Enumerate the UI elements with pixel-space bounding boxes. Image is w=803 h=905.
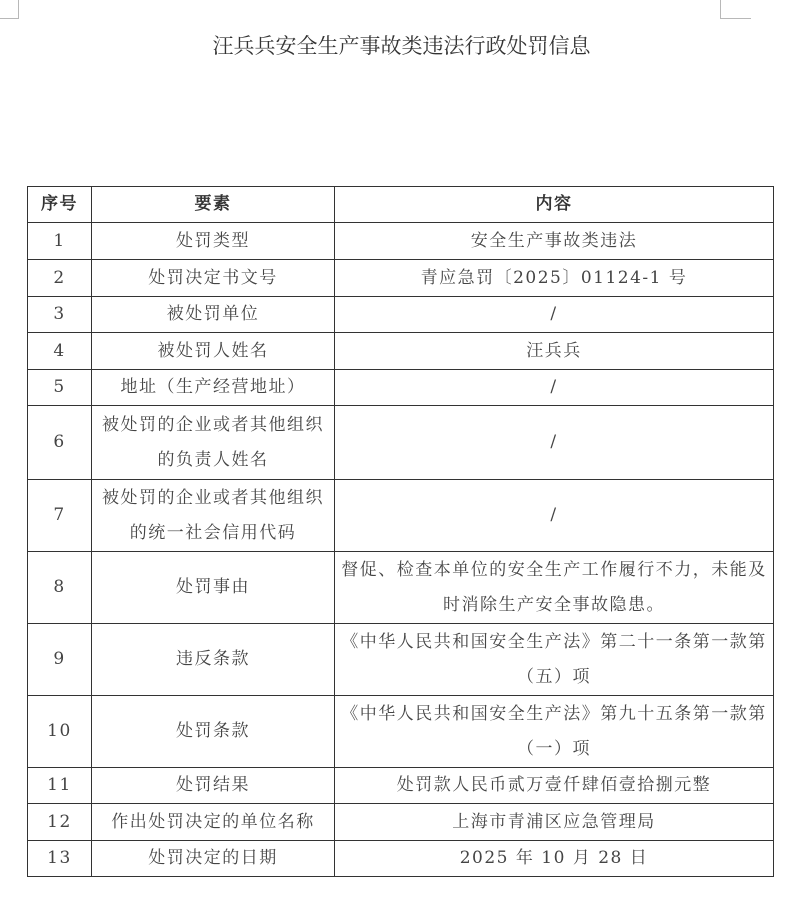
table-row: 8 处罚事由 督促、检查本单位的安全生产工作履行不力，未能及时消除生产安全事故隐…	[28, 552, 774, 624]
row-element: 被处罚的企业或者其他组织的负责人姓名	[92, 406, 335, 480]
row-content: 督促、检查本单位的安全生产工作履行不力，未能及时消除生产安全事故隐患。	[335, 552, 774, 624]
row-content: 《中华人民共和国安全生产法》第九十五条第一款第（一）项	[335, 696, 774, 768]
row-element: 违反条款	[92, 624, 335, 696]
header-content: 内容	[335, 187, 774, 223]
row-no: 3	[28, 297, 92, 333]
page-corner-mark-right	[720, 0, 751, 19]
header-element: 要素	[92, 187, 335, 223]
row-no: 5	[28, 370, 92, 406]
table-row: 6 被处罚的企业或者其他组织的负责人姓名 /	[28, 406, 774, 480]
row-element: 处罚事由	[92, 552, 335, 624]
row-content: /	[335, 297, 774, 333]
row-no: 4	[28, 333, 92, 370]
row-element: 处罚类型	[92, 223, 335, 260]
row-element: 处罚决定书文号	[92, 260, 335, 297]
row-element: 被处罚单位	[92, 297, 335, 333]
row-no: 6	[28, 406, 92, 480]
table-row: 7 被处罚的企业或者其他组织的统一社会信用代码 /	[28, 480, 774, 552]
row-no: 1	[28, 223, 92, 260]
row-content: 处罚款人民币贰万壹仟肆佰壹拾捌元整	[335, 768, 774, 804]
row-content: /	[335, 480, 774, 552]
table-header-row: 序号 要素 内容	[28, 187, 774, 223]
row-content: /	[335, 406, 774, 480]
row-element: 处罚结果	[92, 768, 335, 804]
row-element: 地址（生产经营地址）	[92, 370, 335, 406]
table-row: 2 处罚决定书文号 青应急罚〔2025〕01124-1 号	[28, 260, 774, 297]
row-element: 被处罚的企业或者其他组织的统一社会信用代码	[92, 480, 335, 552]
row-element: 被处罚人姓名	[92, 333, 335, 370]
row-element: 处罚条款	[92, 696, 335, 768]
row-content: 《中华人民共和国安全生产法》第二十一条第一款第（五）项	[335, 624, 774, 696]
row-no: 7	[28, 480, 92, 552]
header-no: 序号	[28, 187, 92, 223]
page-corner-mark-left	[0, 0, 19, 19]
table-row: 10 处罚条款 《中华人民共和国安全生产法》第九十五条第一款第（一）项	[28, 696, 774, 768]
row-no: 8	[28, 552, 92, 624]
row-element: 处罚决定的日期	[92, 841, 335, 877]
table-row: 9 违反条款 《中华人民共和国安全生产法》第二十一条第一款第（五）项	[28, 624, 774, 696]
table-row: 5 地址（生产经营地址） /	[28, 370, 774, 406]
table-row: 4 被处罚人姓名 汪兵兵	[28, 333, 774, 370]
row-content: 上海市青浦区应急管理局	[335, 804, 774, 841]
row-content: 青应急罚〔2025〕01124-1 号	[335, 260, 774, 297]
row-content: 2025 年 10 月 28 日	[335, 841, 774, 877]
row-no: 13	[28, 841, 92, 877]
table-row: 12 作出处罚决定的单位名称 上海市青浦区应急管理局	[28, 804, 774, 841]
row-no: 2	[28, 260, 92, 297]
penalty-info-table: 序号 要素 内容 1 处罚类型 安全生产事故类违法 2 处罚决定书文号 青应急罚…	[27, 186, 774, 877]
row-content: /	[335, 370, 774, 406]
row-no: 10	[28, 696, 92, 768]
table-row: 1 处罚类型 安全生产事故类违法	[28, 223, 774, 260]
table-row: 13 处罚决定的日期 2025 年 10 月 28 日	[28, 841, 774, 877]
row-content: 汪兵兵	[335, 333, 774, 370]
row-content: 安全生产事故类违法	[335, 223, 774, 260]
row-no: 12	[28, 804, 92, 841]
document-title: 汪兵兵安全生产事故类违法行政处罚信息	[0, 30, 803, 60]
row-no: 11	[28, 768, 92, 804]
row-no: 9	[28, 624, 92, 696]
table-row: 3 被处罚单位 /	[28, 297, 774, 333]
table-row: 11 处罚结果 处罚款人民币贰万壹仟肆佰壹拾捌元整	[28, 768, 774, 804]
row-element: 作出处罚决定的单位名称	[92, 804, 335, 841]
